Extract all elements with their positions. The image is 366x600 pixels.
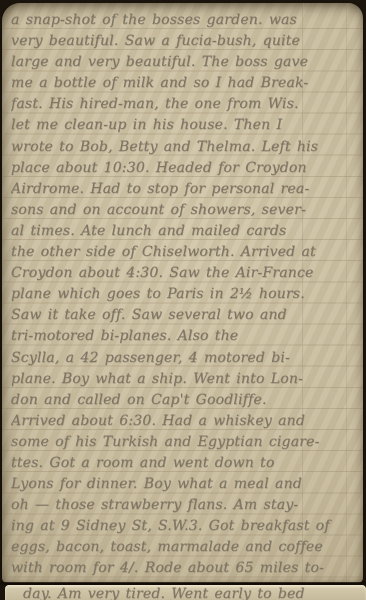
handwritten-text: a snap-shot of the bosses garden. wasver…: [11, 10, 361, 580]
journal-line: plane which goes to Paris in 2½ hours.: [11, 284, 361, 305]
photo-background: a snap-shot of the bosses garden. wasver…: [0, 0, 366, 600]
journal-line: eggs, bacon, toast, marmalade and coffee: [11, 537, 361, 558]
journal-line: tri-motored bi-planes. Also the: [11, 326, 361, 347]
journal-line: sons and on account of showers, sever-: [11, 200, 361, 221]
journal-line: fast. His hired-man, the one from Wis.: [11, 94, 361, 115]
journal-line: a snap-shot of the bosses garden. was: [11, 10, 361, 31]
journal-line: Arrived about 6:30. Had a whiskey and: [11, 411, 361, 432]
journal-line: Lyons for dinner. Boy what a meal and: [11, 474, 361, 495]
journal-line: large and very beautiful. The boss gave: [11, 52, 361, 73]
journal-line: me a bottle of milk and so I had Break-: [11, 73, 361, 94]
journal-line: don and called on Cap't Goodliffe.: [11, 390, 361, 411]
journal-line: Scylla, a 42 passenger, 4 motored bi-: [11, 348, 361, 369]
journal-line: place about 10:30. Headed for Croydon: [11, 158, 361, 179]
journal-line: ing at 9 Sidney St, S.W.3. Got breakfast…: [11, 516, 361, 537]
journal-line: with room for 4/. Rode about 65 miles to…: [11, 558, 361, 579]
journal-page: a snap-shot of the bosses garden. wasver…: [2, 3, 363, 583]
journal-line: plane. Boy what a ship. Went into Lon-: [11, 369, 361, 390]
journal-line: al times. Ate lunch and mailed cards: [11, 221, 361, 242]
journal-line: wrote to Bob, Betty and Thelma. Left his: [11, 137, 361, 158]
next-page-partial-line: day. Am very tired. Went early to bed: [23, 586, 366, 600]
journal-line: Airdrome. Had to stop for personal rea-: [11, 179, 361, 200]
journal-line: let me clean-up in his house. Then I: [11, 115, 361, 136]
journal-line: Croydon about 4:30. Saw the Air-France: [11, 263, 361, 284]
journal-line: some of his Turkish and Egyptian cigare-: [11, 432, 361, 453]
journal-line: oh — those strawberry flans. Am stay-: [11, 495, 361, 516]
next-page-edge: day. Am very tired. Went early to bed: [5, 585, 366, 600]
journal-line: ttes. Got a room and went down to: [11, 453, 361, 474]
journal-line: the other side of Chiselworth. Arrived a…: [11, 242, 361, 263]
journal-line: Saw it take off. Saw several two and: [11, 305, 361, 326]
journal-line: very beautiful. Saw a fucia-bush, quite: [11, 31, 361, 52]
